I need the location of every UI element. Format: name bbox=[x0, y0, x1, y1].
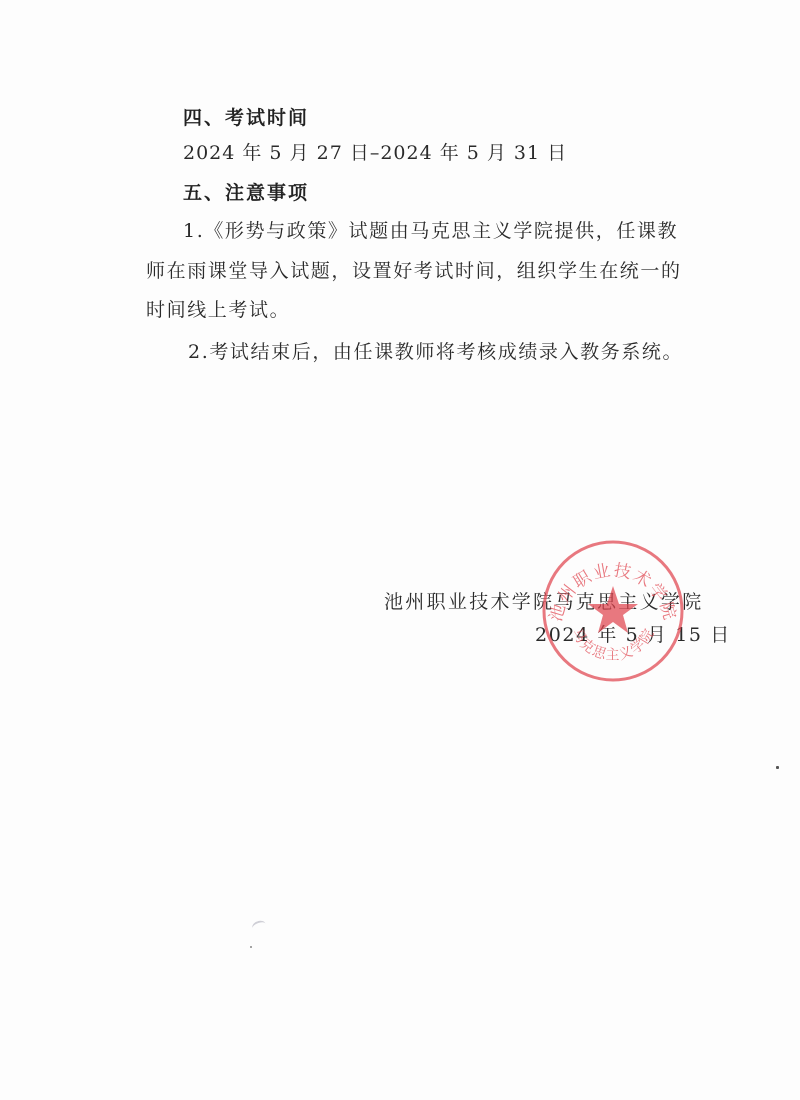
note-2-line-1: 2.考试结束后，由任课教师将考核成绩录入教务系统。 bbox=[188, 340, 683, 364]
signature-organization: 池州职业技术学院马克思主义学院 bbox=[384, 590, 704, 614]
note-1-line-2: 师在雨课堂导入试题，设置好考试时间，组织学生在统一的 bbox=[146, 259, 682, 283]
document-page: 四、考试时间 2024 年 5 月 27 日–2024 年 5 月 31 日 五… bbox=[0, 0, 800, 1100]
section-heading-exam-time: 四、考试时间 bbox=[183, 106, 309, 130]
scan-smudge bbox=[251, 919, 268, 933]
scan-speck bbox=[776, 766, 779, 769]
note-1-line-1: 1.《形势与政策》试题由马克思主义学院提供，任课教 bbox=[183, 219, 678, 243]
section-heading-notes: 五、注意事项 bbox=[183, 181, 309, 205]
exam-date-range: 2024 年 5 月 27 日–2024 年 5 月 31 日 bbox=[183, 141, 567, 165]
signature-date: 2024 年 5 月 15 日 bbox=[535, 623, 731, 647]
note-1-line-3: 时间线上考试。 bbox=[146, 298, 290, 322]
scan-speck bbox=[250, 946, 252, 948]
